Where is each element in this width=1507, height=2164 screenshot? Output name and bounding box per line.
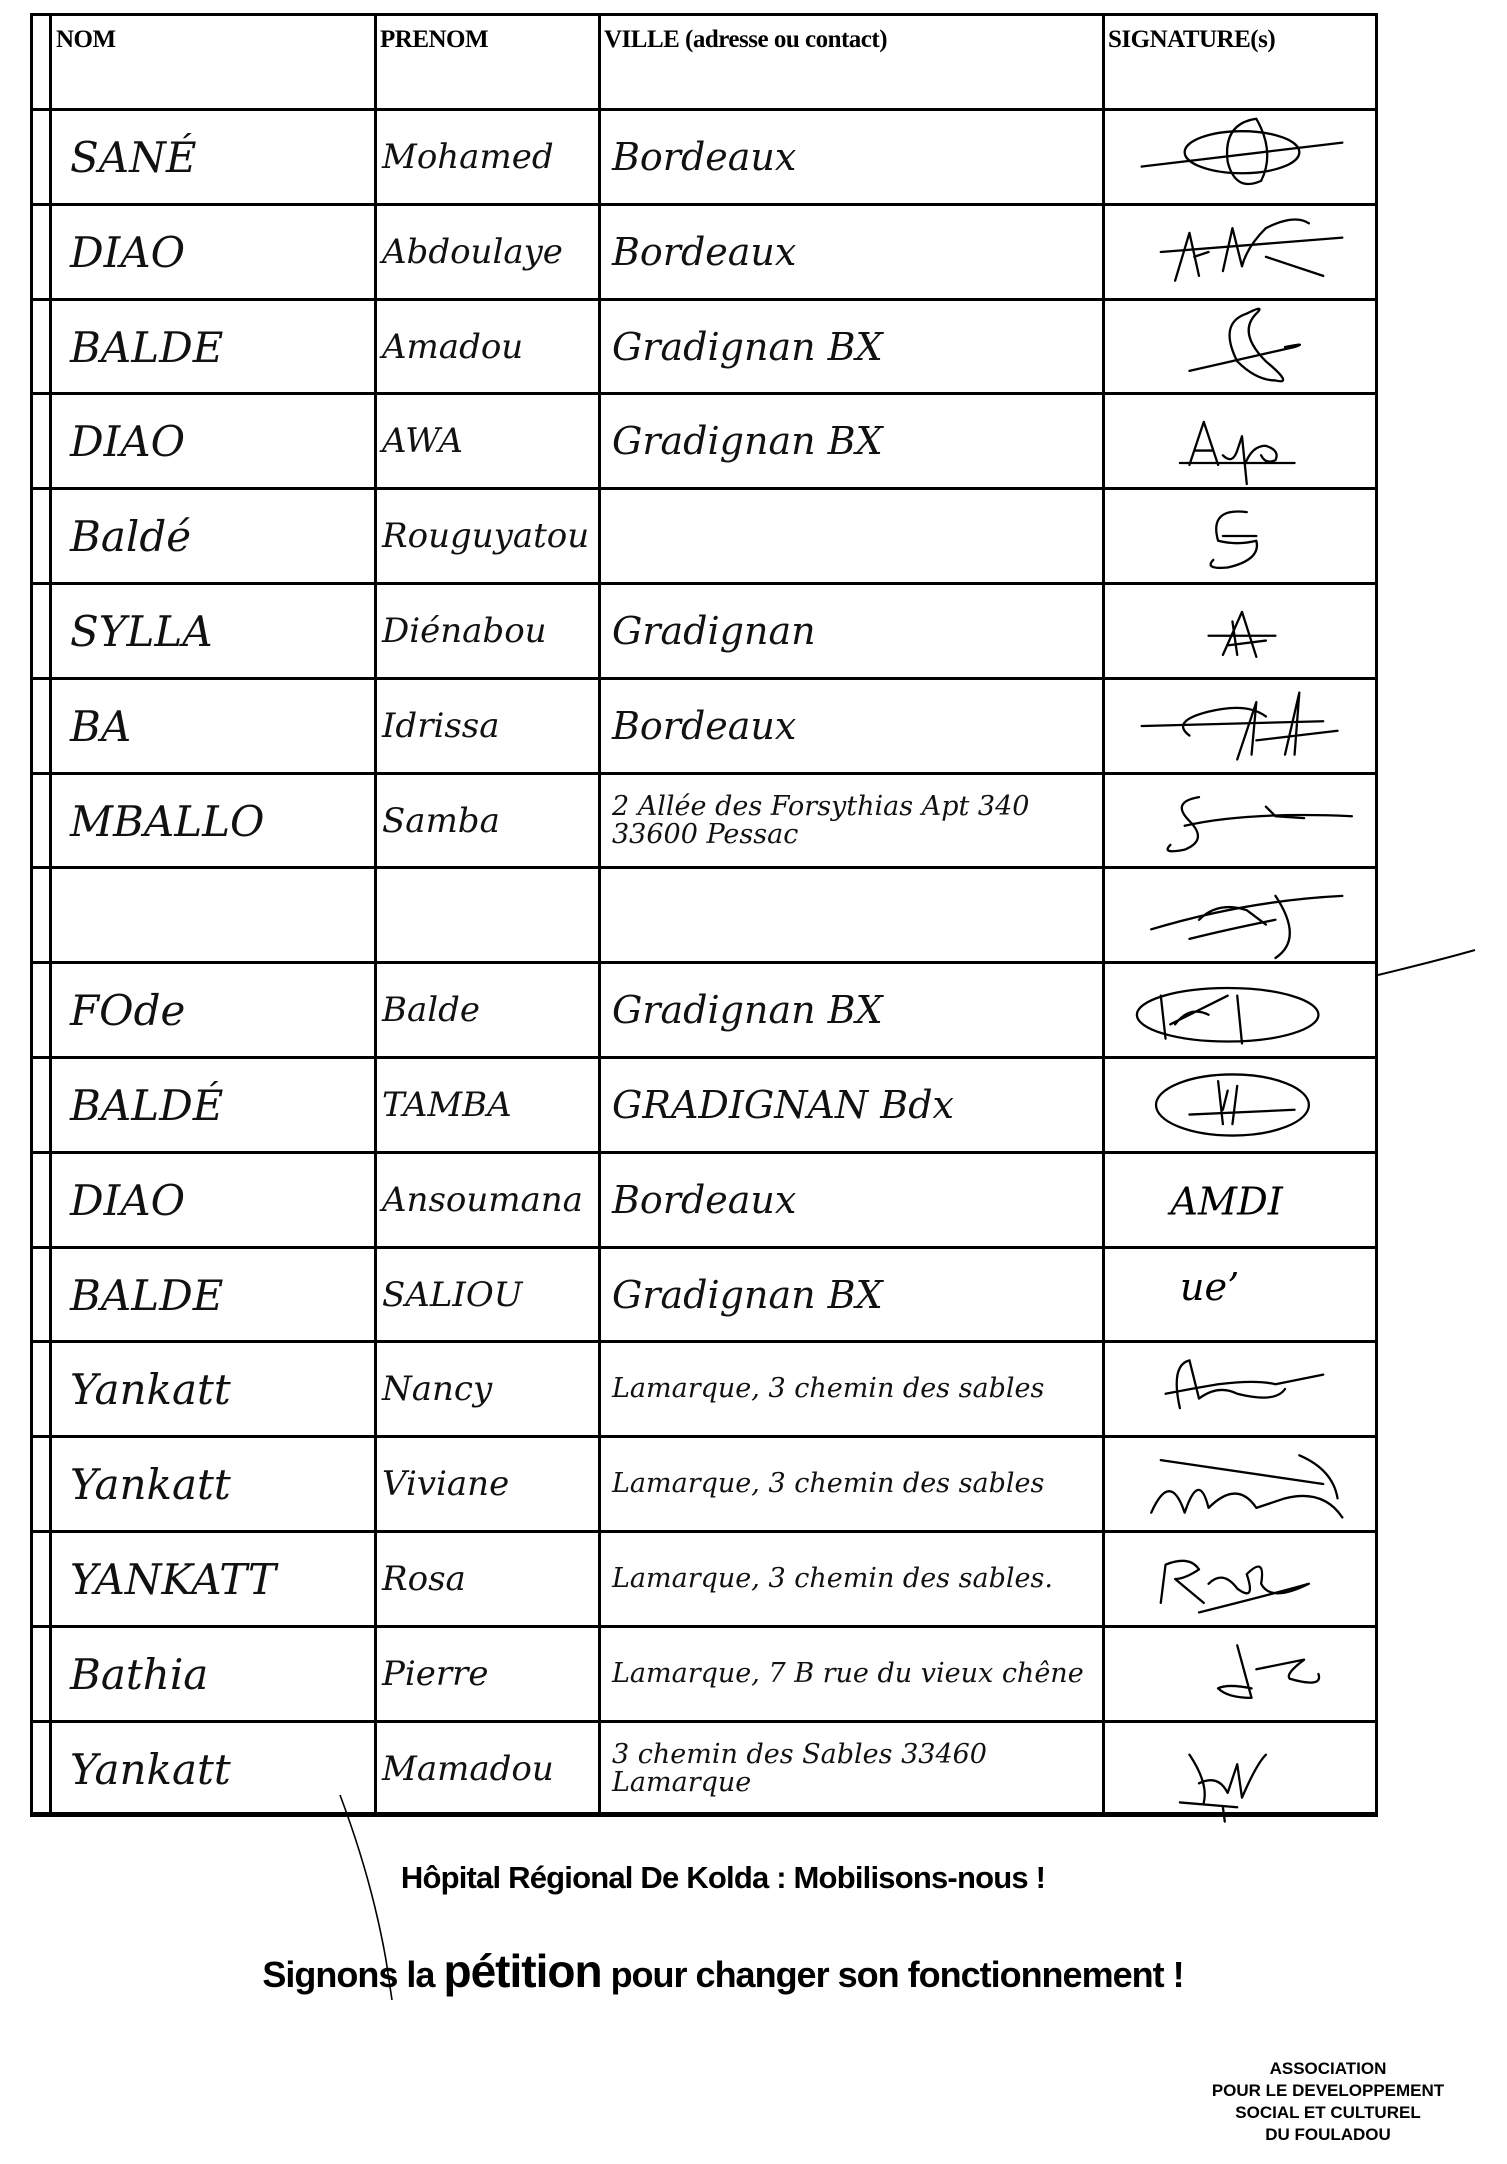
association-line: DU FOULADOU: [1180, 2124, 1476, 2146]
call-to-action: Signons la pétition pour changer son fon…: [0, 1944, 1446, 1998]
cta-before: Signons la: [262, 1954, 434, 1995]
association-stamp: ASSOCIATION POUR LE DEVELOPPEMENT SOCIAL…: [1180, 2058, 1476, 2146]
headline: Hôpital Régional De Kolda : Mobilisons-n…: [0, 1860, 1446, 1896]
cta-emphasis: pétition: [443, 1945, 601, 1997]
association-line: ASSOCIATION: [1180, 2058, 1476, 2080]
association-line: SOCIAL ET CULTUREL: [1180, 2102, 1476, 2124]
petition-sheet: NOM PRENOM VILLE (adresse ou contact) SI…: [0, 0, 1507, 2164]
cta-after: pour changer son fonctionnement !: [611, 1954, 1184, 1995]
association-line: POUR LE DEVELOPPEMENT: [1180, 2080, 1476, 2102]
stray-pen-stroke: [0, 0, 1507, 2164]
